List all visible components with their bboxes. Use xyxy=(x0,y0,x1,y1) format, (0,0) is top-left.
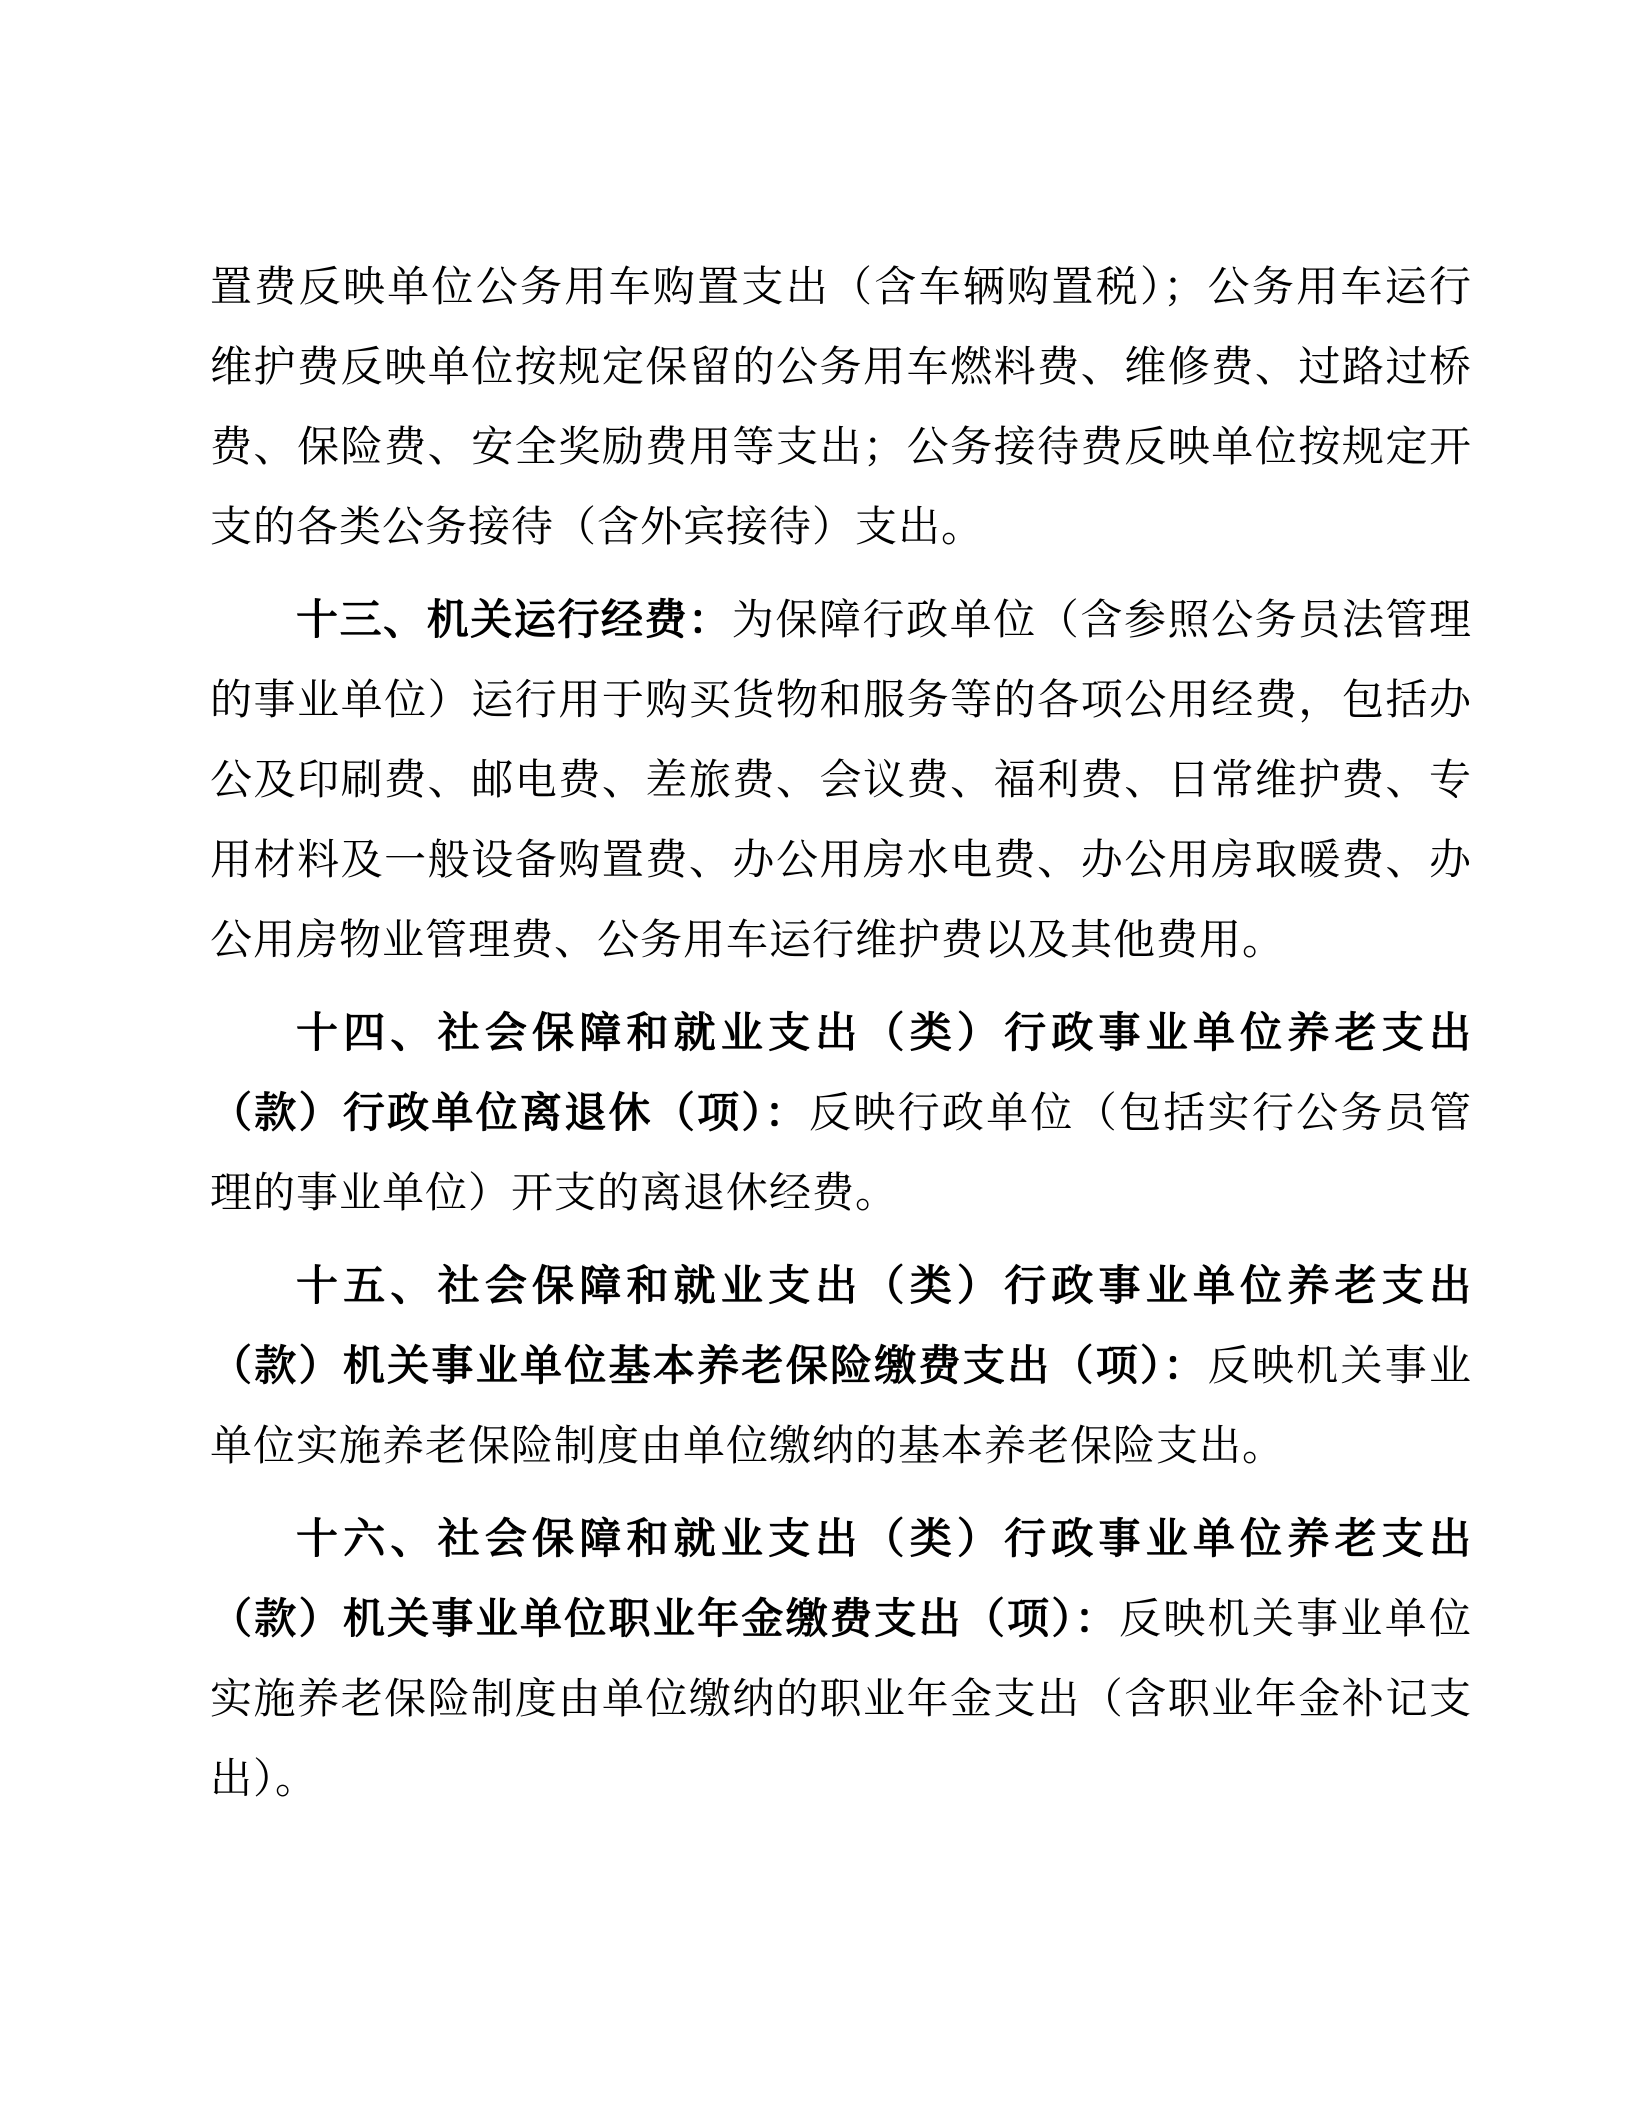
paragraph-item-14-retirement-expenditure: 十四、社会保障和就业支出（类）行政事业单位养老支出（款）行政单位离退休（项）：反… xyxy=(210,993,1472,1233)
paragraph-vehicle-expenses-continuation: 置费反映单位公务用车购置支出（含车辆购置税）；公务用车运行维护费反映单位按规定保… xyxy=(210,247,1472,567)
document-page: 置费反映单位公务用车购置支出（含车辆购置税）；公务用车运行维护费反映单位按规定保… xyxy=(0,0,1632,2112)
paragraph-item-13-operating-funds-segment-1: 为保障行政单位（含参照公务员法管理的事业单位）运行用于购买货物和服务等的各项公用… xyxy=(210,595,1472,964)
paragraph-item-15-basic-pension-contribution: 十五、社会保障和就业支出（类）行政事业单位养老支出（款）机关事业单位基本养老保险… xyxy=(210,1246,1472,1486)
paragraph-vehicle-expenses-continuation-segment-0: 置费反映单位公务用车购置支出（含车辆购置税）；公务用车运行维护费反映单位按规定保… xyxy=(210,262,1472,551)
paragraph-item-13-operating-funds-segment-0: 十三、机关运行经费： xyxy=(296,595,732,644)
paragraph-item-16-occupational-annuity-contribution: 十六、社会保障和就业支出（类）行政事业单位养老支出（款）机关事业单位职业年金缴费… xyxy=(210,1499,1472,1819)
document-text-body: 置费反映单位公务用车购置支出（含车辆购置税）；公务用车运行维护费反映单位按规定保… xyxy=(210,247,1472,1819)
paragraph-item-13-operating-funds: 十三、机关运行经费：为保障行政单位（含参照公务员法管理的事业单位）运行用于购买货… xyxy=(210,580,1472,980)
